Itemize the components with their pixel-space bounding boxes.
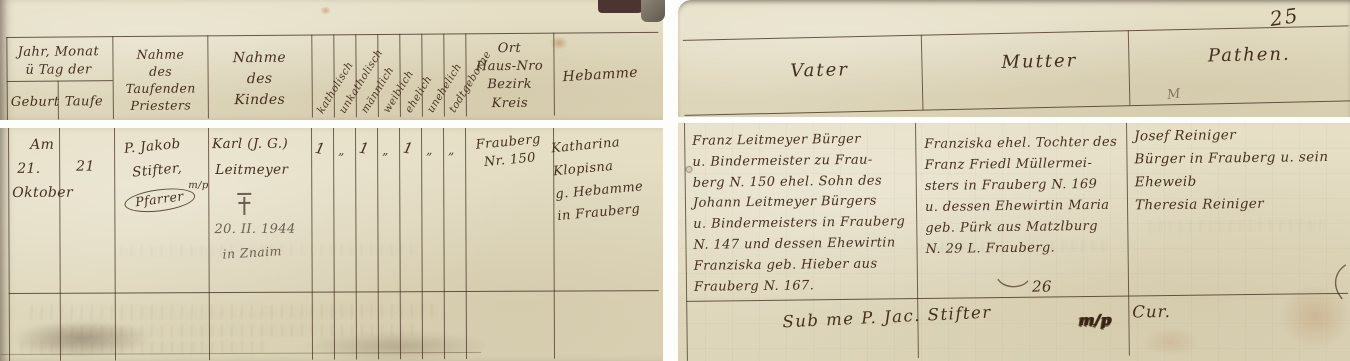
column-header-baptism: Taufe xyxy=(65,93,111,111)
entry-signature-mark: m/p xyxy=(1078,310,1111,331)
entry-midwife: Katharina Klopisna g. Hebamme in Frauber… xyxy=(550,129,663,230)
tally-male: 1 xyxy=(357,138,371,160)
column-header-place: Ort Haus-Nro Bezirk Kreis xyxy=(467,40,552,113)
right-page-body: Franz Leitmeyer Bürger u. Bindermeister … xyxy=(678,123,1350,361)
entry-priest-mp: m/p xyxy=(188,179,209,193)
tally-catholic: 1 xyxy=(313,138,327,160)
column-header-father: Vater xyxy=(749,57,889,84)
grid-line xyxy=(421,128,423,359)
column-header-godparents: Pathen. xyxy=(1179,42,1319,69)
tally-legitimate: 1 xyxy=(401,137,415,159)
grid-line xyxy=(1126,123,1130,356)
tally-noncatholic: „ xyxy=(338,142,345,158)
entry-place: Frauberg Nr. 150 xyxy=(466,130,553,173)
grid-line xyxy=(683,25,1349,41)
grid-line xyxy=(685,100,1350,116)
entry-month: Oktober xyxy=(12,184,73,203)
grid-line xyxy=(7,80,113,82)
entry-child-surname: Leitmeyer xyxy=(215,161,288,180)
entry-priest-name: P. Jakob xyxy=(123,135,181,158)
book-binding-edge xyxy=(598,0,644,13)
entry-signature: Sub me P. Jac. Stifter xyxy=(782,302,992,334)
bleed-through xyxy=(931,240,1111,254)
ink-smudge xyxy=(301,331,491,361)
paper-stain xyxy=(1141,327,1201,358)
grid-line xyxy=(8,128,10,361)
grid-line xyxy=(311,35,313,118)
paper-stain xyxy=(550,36,568,50)
entry-baptism-day: 21 xyxy=(76,158,95,177)
paper-stain xyxy=(320,6,331,15)
column-header-birth: Geburt xyxy=(11,94,57,112)
pen-flourish xyxy=(996,275,1030,291)
grid-line xyxy=(684,123,688,361)
column-header-mother: Mutter xyxy=(969,49,1109,76)
tally-female: „ xyxy=(382,142,389,158)
entry-priest-surname: Stifter, xyxy=(131,159,182,182)
entry-date-word: Am xyxy=(30,136,54,155)
book-binding-edge xyxy=(641,0,665,22)
entry-signature-suffix: Cur. xyxy=(1132,301,1171,324)
tally-stillborn: „ xyxy=(448,142,455,158)
tally-illegitimate: „ xyxy=(426,142,433,158)
left-page-header: Jahr, Monat ü Tag der Geburt Taufe Nahme… xyxy=(0,0,663,120)
grid-line xyxy=(465,128,467,359)
right-page-header: 25 Vater Mutter Pathen. M xyxy=(678,0,1350,117)
entry-death-date: 20. II. 1944 xyxy=(214,221,295,239)
column-header-child: Nahme des Kindes xyxy=(210,48,308,112)
entry-child-name: Karl (J. G.) xyxy=(212,135,288,154)
register-scan: Jahr, Monat ü Tag der Geburt Taufe Nahme… xyxy=(0,0,1350,361)
grid-line xyxy=(1128,30,1131,105)
column-header-date: Jahr, Monat ü Tag der xyxy=(8,43,108,79)
entry-father: Franz Leitmeyer Bürger u. Bindermeister … xyxy=(692,129,916,298)
paper-hole xyxy=(687,167,692,172)
column-header-priest: Nahme des Taufenden Priesters xyxy=(114,46,207,114)
grid-line xyxy=(207,35,209,118)
bleed-through xyxy=(121,244,421,256)
grid-line xyxy=(921,35,924,110)
grid-line xyxy=(443,128,445,359)
column-header-midwife: Hebamme xyxy=(562,62,663,87)
bleed-through xyxy=(31,304,441,320)
bleed-through xyxy=(1149,219,1329,233)
left-page-body: Am 21. 21 Oktober P. Jakob Stifter, Pfar… xyxy=(0,128,663,361)
entry-birth-day: 21. xyxy=(17,160,41,179)
entry-godparents: Josef Reiniger Bürger in Frauberg u. sei… xyxy=(1134,123,1347,217)
entry-priest-title: Pfarrer xyxy=(123,185,196,216)
entry-record-number: 26 xyxy=(1032,276,1052,296)
pen-mark: M xyxy=(1166,85,1182,104)
paper-stain xyxy=(1278,283,1350,350)
